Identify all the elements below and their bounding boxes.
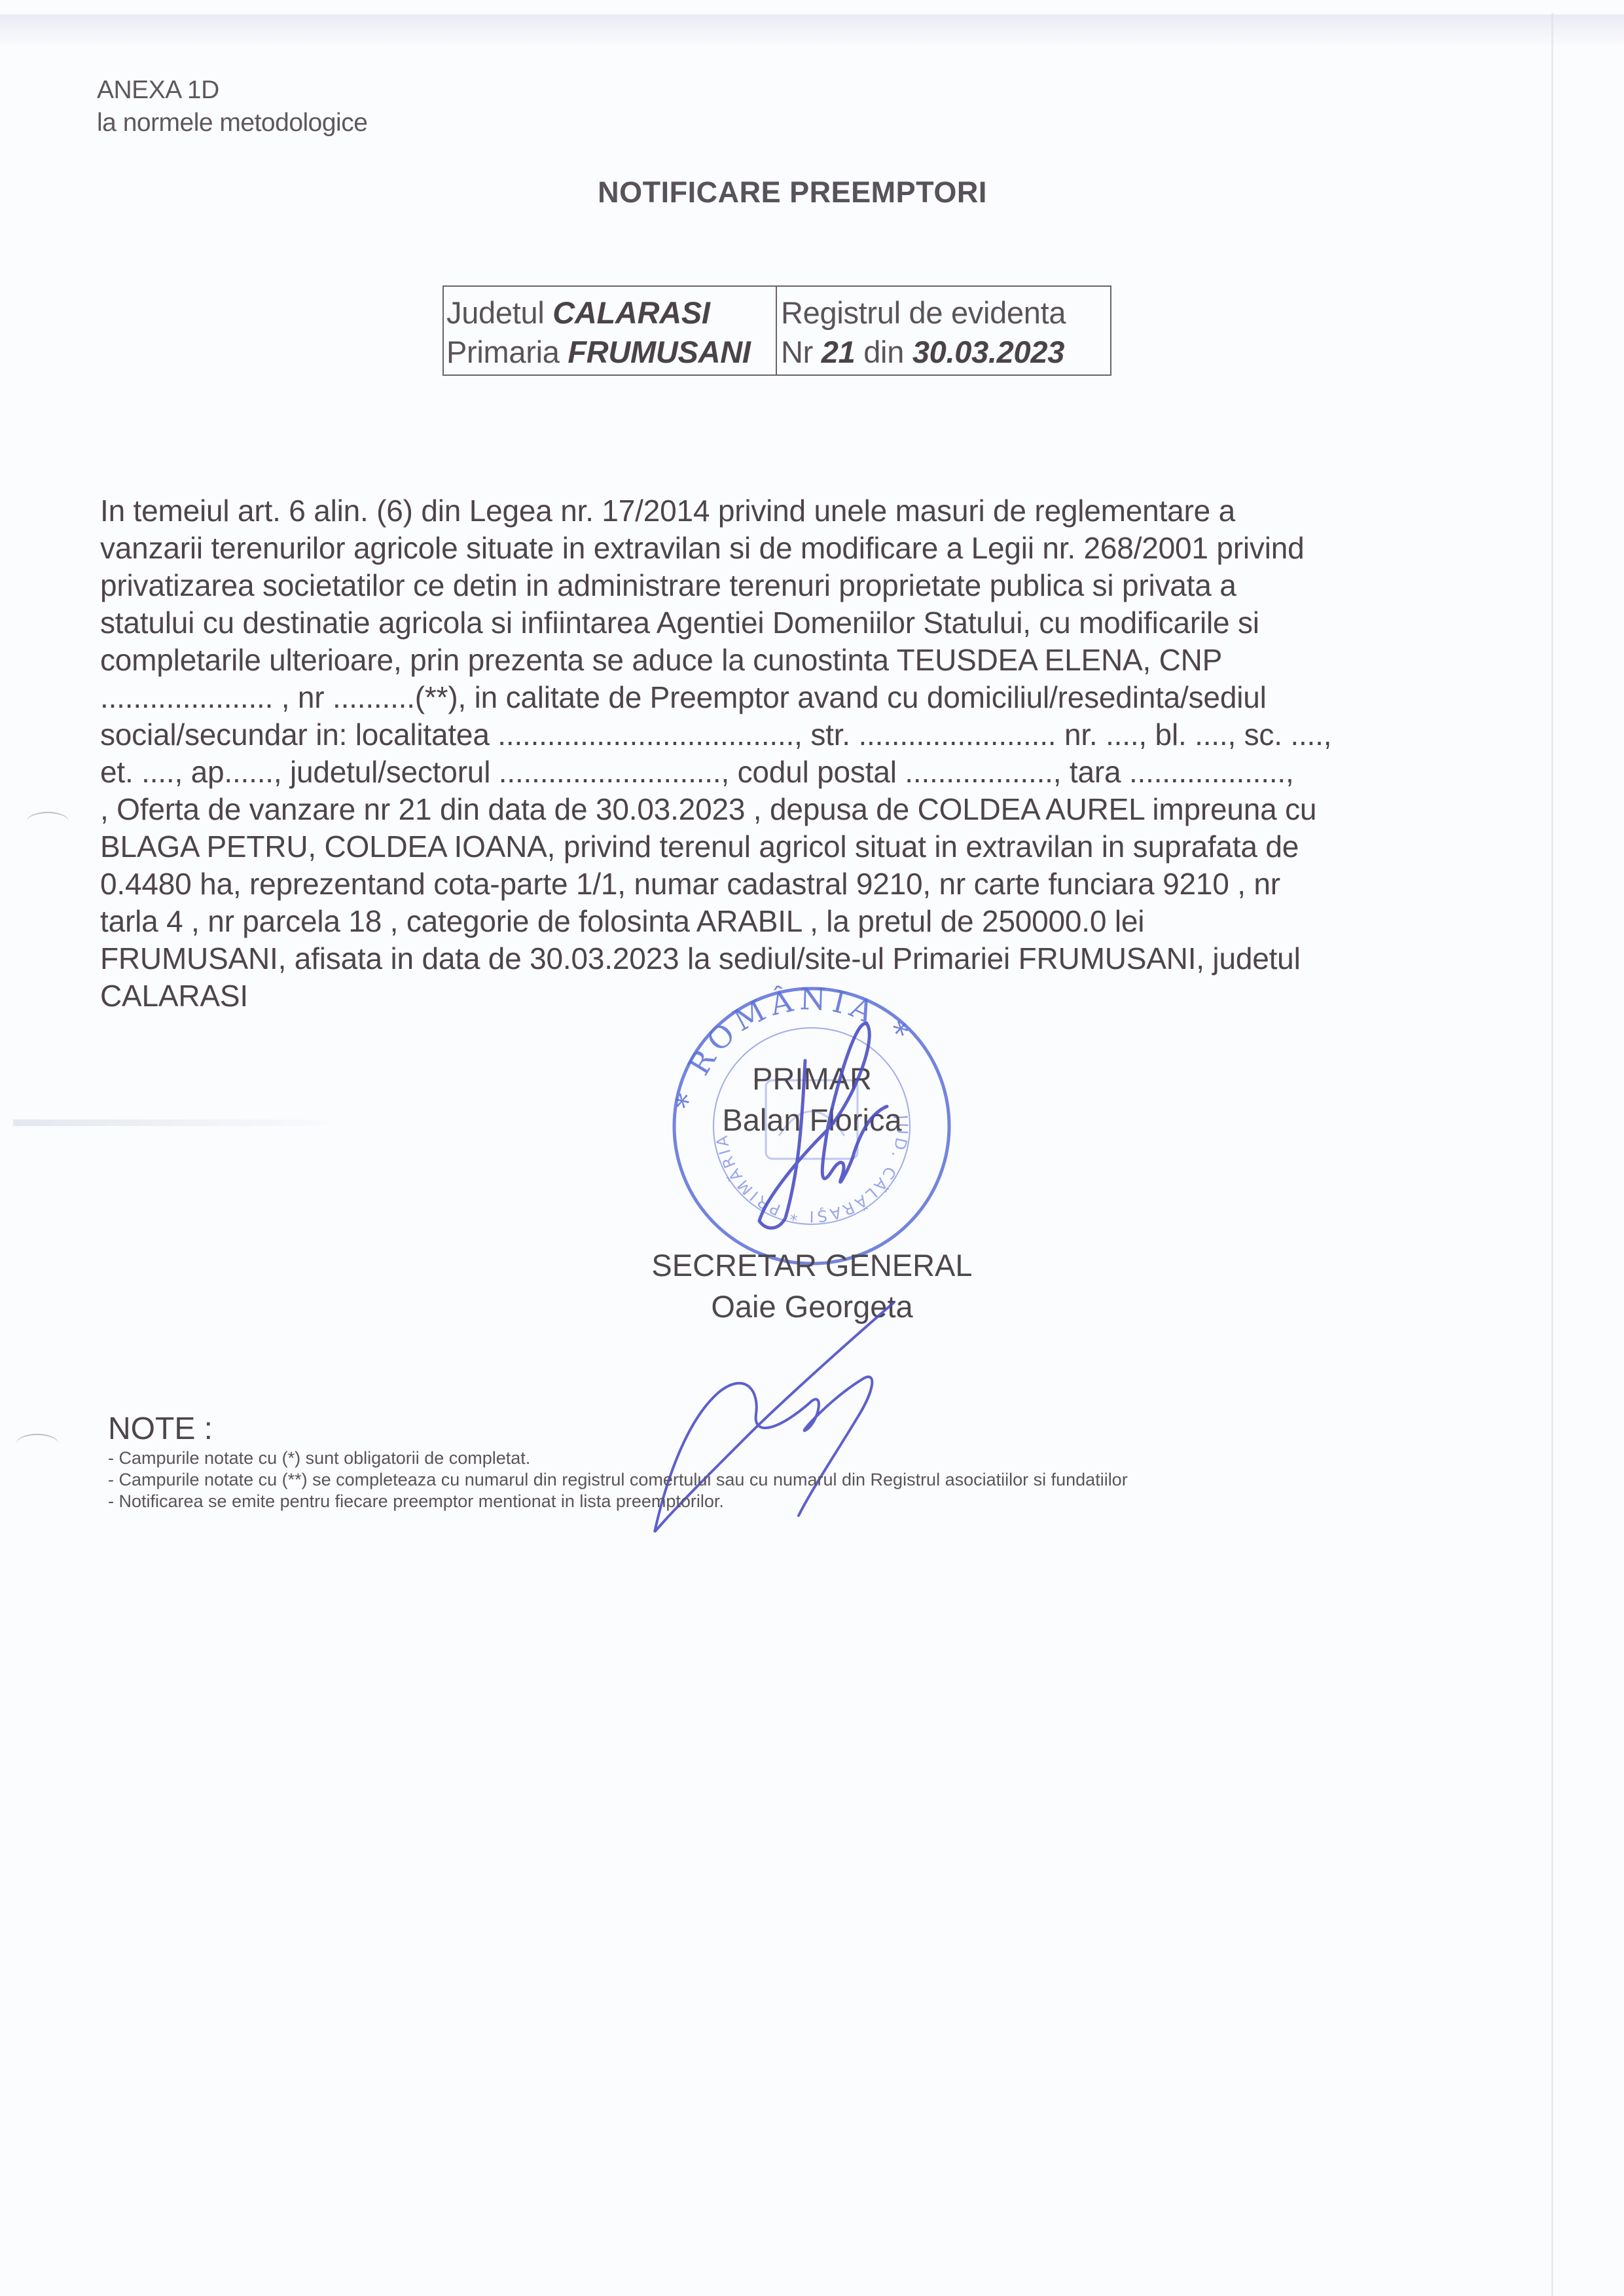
- body-line: statului cu destinatie agricola si infii…: [100, 604, 1435, 642]
- notes-title: NOTE :: [108, 1411, 213, 1447]
- body-line: privatizarea societatilor ce detin in ad…: [100, 567, 1435, 604]
- body-line: 0.4480 ha, reprezentand cota-parte 1/1, …: [100, 866, 1435, 903]
- registry-box-left: Judetul CALARASI Primaria FRUMUSANI: [444, 287, 777, 374]
- body-line: , Oferta de vanzare nr 21 din data de 30…: [100, 791, 1435, 828]
- body-line: completarile ulterioare, prin prezenta s…: [100, 642, 1435, 679]
- registry-date: 30.03.2023: [912, 335, 1064, 369]
- body-line: social/secundar in: localitatea ........…: [100, 716, 1435, 754]
- note-item: - Notificarea se emite pentru fiecare pr…: [108, 1491, 724, 1512]
- secretary-title: SECRETAR GENERAL: [0, 1247, 1624, 1283]
- body-line: FRUMUSANI, afisata in data de 30.03.2023…: [100, 940, 1435, 977]
- registry-box-right: Registrul de evidenta Nr 21 din 30.03.20…: [777, 287, 1110, 374]
- body-line: et. ...., ap......, judetul/sectorul ...…: [100, 754, 1435, 791]
- scan-edge-line: [1551, 13, 1553, 2296]
- notification-body: In temeiul art. 6 alin. (6) din Legea nr…: [100, 492, 1435, 1015]
- annex-label: ANEXA 1D: [97, 76, 219, 105]
- note-item: - Campurile notate cu (*) sunt obligator…: [108, 1448, 530, 1468]
- registry-label: Registrul de evidenta: [781, 293, 1110, 333]
- town-hall-value: FRUMUSANI: [568, 335, 750, 369]
- mayor-signature-icon: [720, 1002, 903, 1244]
- registry-box: Judetul CALARASI Primaria FRUMUSANI Regi…: [442, 285, 1111, 376]
- annex-subtitle: la normele metodologice: [97, 109, 367, 137]
- county-value: CALARASI: [552, 295, 710, 330]
- body-line: ..................... , nr ..........(**…: [100, 679, 1435, 716]
- registry-number: 21: [821, 335, 856, 369]
- body-line: tarla 4 , nr parcela 18 , categorie de f…: [100, 903, 1435, 940]
- scan-edge-shadow: [0, 14, 1624, 47]
- note-item: - Campurile notate cu (**) se completeaz…: [108, 1470, 1128, 1490]
- punch-hole-mark: [16, 1434, 59, 1455]
- body-line: BLAGA PETRU, COLDEA IOANA, privind teren…: [100, 828, 1435, 866]
- county-label: Judetul: [446, 295, 544, 330]
- number-label: Nr: [781, 335, 813, 369]
- body-line: In temeiul art. 6 alin. (6) din Legea nr…: [100, 492, 1435, 530]
- punch-hole-mark: [26, 812, 69, 833]
- date-label: din: [863, 335, 904, 369]
- town-hall-label: Primaria: [446, 335, 560, 369]
- document-title: NOTIFICARE PREEMPTORI: [0, 175, 1624, 210]
- body-line: vanzarii terenurilor agricole situate in…: [100, 530, 1435, 567]
